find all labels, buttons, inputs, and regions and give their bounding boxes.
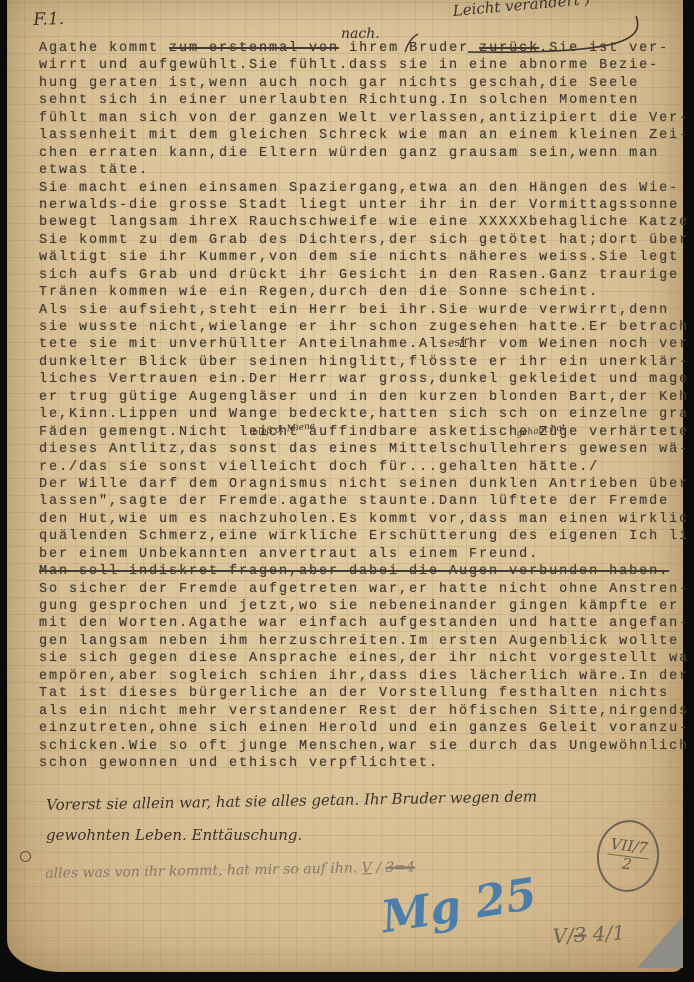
typed-line: schicken.Wie so oft junge Menschen,war s… [39, 738, 687, 755]
typed-line: Der Wille darf dem Oragnismus nicht sein… [39, 476, 687, 493]
typed-line: Tat ist dieses bürgerliche an der Vorste… [39, 685, 687, 702]
typed-line: le,Kinn.Lippen und Wange bedeckte,hatten… [39, 406, 687, 423]
typed-line: re./das sie sonst vielleicht doch für...… [39, 459, 687, 476]
typed-line: als ein nicht mehr verstandener Rest der… [39, 703, 687, 720]
typed-line: hung geraten ist,wenn auch noch gar nich… [39, 75, 687, 92]
typed-line: quälenden Schmerz,eine wirkliche Erschüt… [39, 528, 687, 545]
typed-line: liches Vertrauen ein.Der Herr war gross,… [39, 371, 687, 388]
margin-circle-mark [20, 851, 31, 862]
typed-line: lassenheit mit dem gleichen Schreck wie … [39, 127, 687, 144]
typed-line: Sie kommt zu dem Grab des Dichters,der s… [39, 232, 687, 249]
typed-line: bewegt langsam ihreX Rauchschweife wie e… [39, 214, 687, 231]
typed-line: Tränen kommen wie ein Regen,durch den di… [39, 284, 687, 301]
typewritten-text: Agathe kommt zum erstenmal von ihrem Bru… [39, 40, 687, 800]
typed-line: lassen",sagte der Fremde.agathe staunte.… [39, 493, 687, 510]
typed-line: dunkelter Blick über seinen hinglitt,flö… [39, 354, 687, 371]
typed-line: chen erraten kann,die Eltern würden ganz… [39, 145, 687, 162]
typed-line: empören,aber sogleich schien ihr,dass di… [39, 668, 687, 685]
bottom-right-prefix: V/ [552, 923, 574, 948]
typed-line: Agathe kommt zum erstenmal von ihrem Bru… [39, 40, 687, 57]
page-label: F.1. [33, 9, 64, 30]
typed-line: Man soll indiskret fragen,aber dabei die… [39, 563, 687, 580]
pencil-note-struck: 3=4 [385, 859, 415, 876]
typed-line: sehnt sich in einer unerlaubten Richtung… [39, 92, 687, 109]
typed-line: sie wusste nicht,wielange er ihr schon z… [39, 319, 687, 336]
typed-line: schon gewonnen und ethisch verpflichtet. [39, 755, 687, 772]
handwritten-insertion-nach: nach. [341, 26, 380, 42]
typed-line: gen langsam neben ihm herzuschreiten.Im … [39, 633, 687, 650]
typed-line: dieses Antlitz,das sonst das eines Mitte… [39, 441, 687, 458]
typed-line: den Hut,wie um es nachzuholen.Es kommt v… [39, 511, 687, 528]
typed-line: tete sie mit unverhüllter Anteilnahme.Al… [39, 336, 687, 353]
typed-line: ber einem Unbekannten anvertraut als ein… [39, 546, 687, 563]
bottom-right-mark: V/3 4/1 [538, 897, 626, 949]
pencil-note: alles was von ihr kommt, hat mir so auf … [36, 843, 415, 882]
typed-line: gung gesprochen und jetzt,wo sie nebenei… [39, 598, 687, 615]
typed-line: Sie macht einen einsamen Spaziergang,etw… [39, 180, 687, 197]
typed-line: wirrt und aufgewühlt.Sie fühlt.dass sie … [39, 57, 687, 74]
typed-line: er trug gütige Augengläser und in den ku… [39, 389, 687, 406]
typed-line: nerwalds-die grosse Stadt liegt unter ih… [39, 197, 687, 214]
typed-line: Fäden gemengt.Nicht leicht auffindbare a… [39, 424, 687, 441]
typed-line: einzutreten,ohne sich einen Herold und e… [39, 720, 687, 737]
typed-line: etwas täte. [39, 162, 687, 179]
bottom-right-suffix: 4/1 [586, 921, 626, 947]
typed-line: sich aufs Grab und drückt ihr Gesicht in… [39, 267, 687, 284]
typed-line: mit den Worten.Agathe war einfach aufges… [39, 615, 687, 632]
ink-note-line-2: gewohnten Leben. Enttäuschung. [46, 826, 302, 844]
typed-line: So sicher der Fremde aufgetreten war,er … [39, 581, 687, 598]
pencil-note-slash: / [372, 860, 386, 876]
typed-line: sie sich gegen diese Ansprache eines,der… [39, 650, 687, 667]
typed-line: wältigt sie ihr Kummer,von dem sie nicht… [39, 249, 687, 266]
typed-line: Als sie aufsieht,steht ein Herr bei ihr.… [39, 302, 687, 319]
bottom-right-struck: 3 [573, 923, 587, 948]
archive-stamp-bottom: 2 [621, 856, 632, 873]
typed-line: fühlt man sich von der ganzen Welt verla… [39, 110, 687, 127]
